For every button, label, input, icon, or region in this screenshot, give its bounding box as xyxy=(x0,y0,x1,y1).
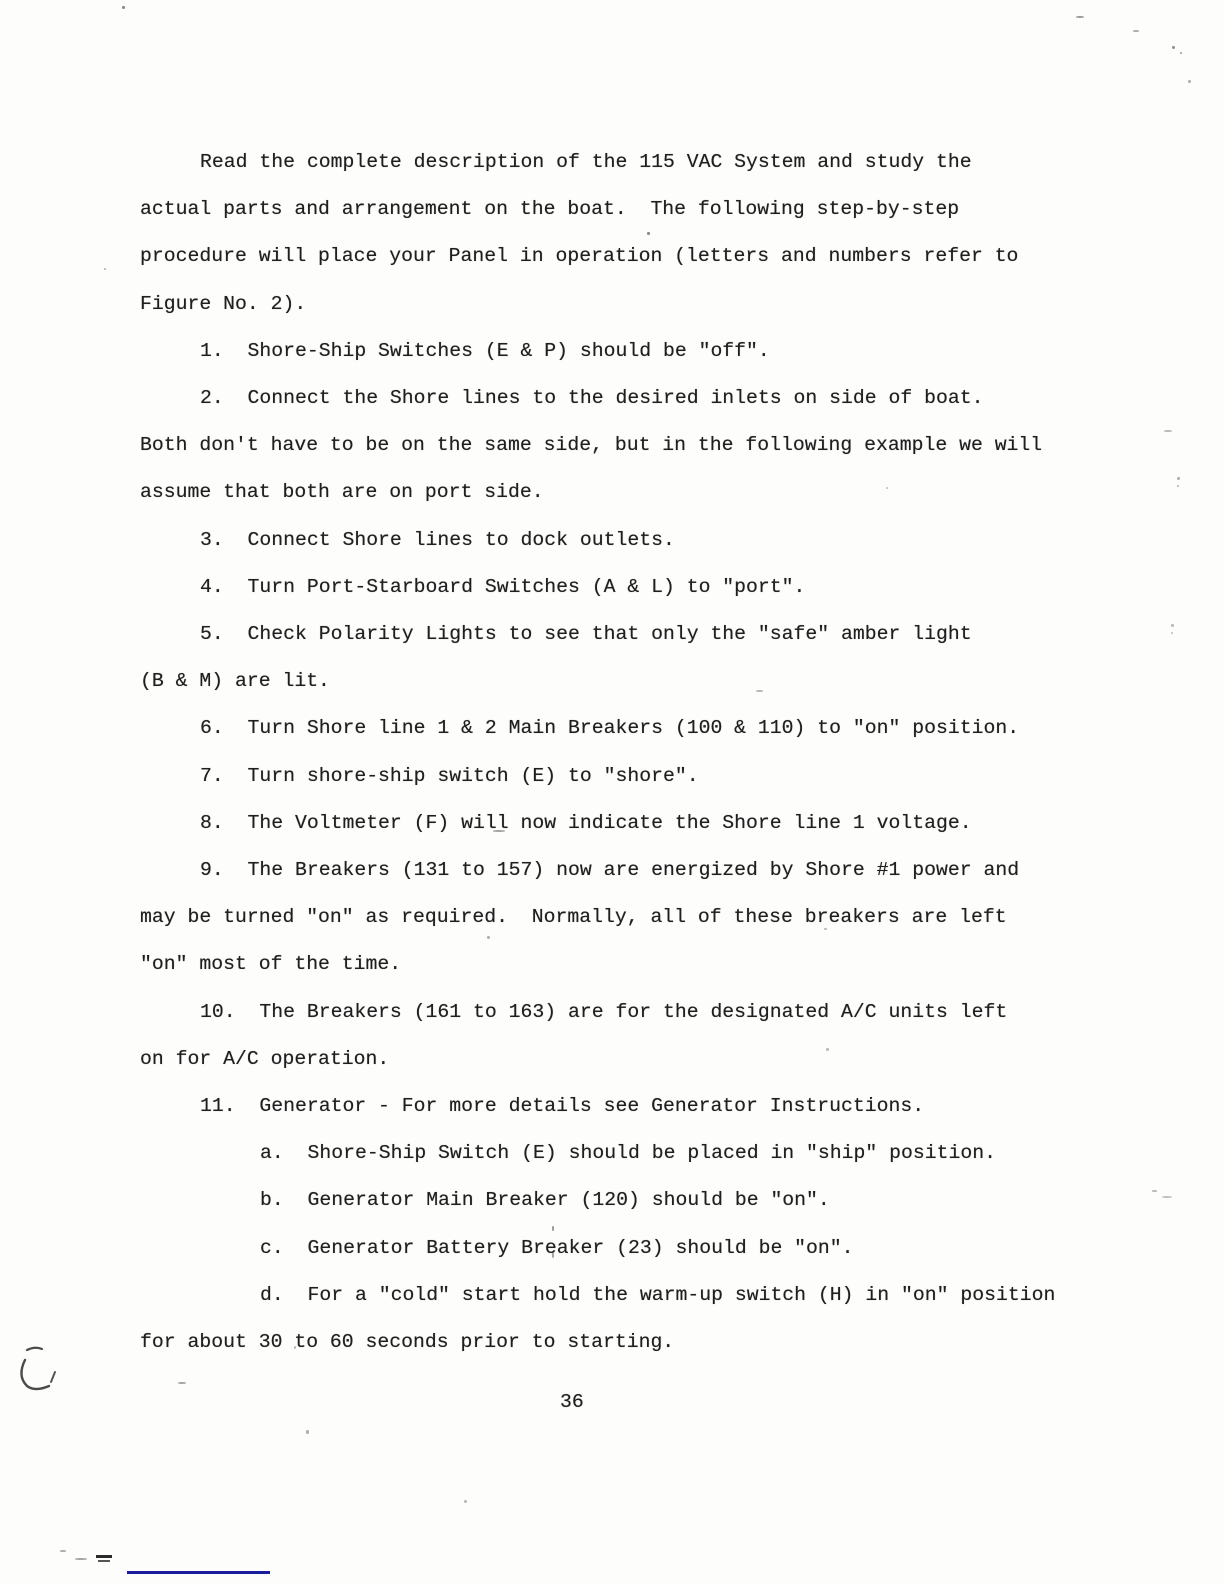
text-line: b. Generator Main Breaker (120) should b… xyxy=(260,1188,830,1212)
page-number: 36 xyxy=(560,1390,584,1414)
blue-pen-line xyxy=(127,1571,270,1574)
text-line: (B & M) are lit. xyxy=(140,669,330,693)
scan-speck xyxy=(306,1430,309,1434)
scan-speck xyxy=(1171,624,1174,627)
scan-speck xyxy=(886,487,888,489)
text-line: 2. Connect the Shore lines to the desire… xyxy=(200,386,983,410)
scan-speck xyxy=(1188,80,1191,83)
text-line: 4. Turn Port-Starboard Switches (A & L) … xyxy=(200,575,805,599)
text-line: 3. Connect Shore lines to dock outlets. xyxy=(200,528,675,552)
text-line: procedure will place your Panel in opera… xyxy=(140,244,1018,268)
scan-speck xyxy=(1180,52,1182,54)
scan-speck xyxy=(464,1500,467,1503)
text-line: 8. The Voltmeter (F) will now indicate t… xyxy=(200,811,972,835)
scan-speck xyxy=(552,1252,554,1258)
scan-speck xyxy=(60,1550,66,1552)
text-line: a. Shore-Ship Switch (E) should be place… xyxy=(260,1141,996,1165)
scan-speck xyxy=(824,928,827,930)
document-page: Read the complete description of the 115… xyxy=(0,0,1224,1584)
text-line: 5. Check Polarity Lights to see that onl… xyxy=(200,622,972,646)
scan-speck xyxy=(1164,430,1172,432)
text-line: Figure No. 2). xyxy=(140,292,306,316)
scan-speck xyxy=(75,1558,87,1560)
scan-speck xyxy=(826,1048,829,1051)
text-line: on for A/C operation. xyxy=(140,1047,389,1071)
scan-speck xyxy=(1177,477,1180,480)
text-line: may be turned "on" as required. Normally… xyxy=(140,905,1007,929)
text-line: actual parts and arrangement on the boat… xyxy=(140,197,959,221)
scan-speck xyxy=(493,830,505,832)
scan-speck xyxy=(552,1226,554,1231)
scan-mark xyxy=(96,1555,112,1558)
scan-speck xyxy=(104,268,106,270)
scan-speck xyxy=(294,1346,296,1349)
scan-speck xyxy=(122,6,125,9)
text-line: 6. Turn Shore line 1 & 2 Main Breakers (… xyxy=(200,716,1019,740)
text-line: 10. The Breakers (161 to 163) are for th… xyxy=(200,1000,1007,1024)
text-line: Read the complete description of the 115… xyxy=(200,150,972,174)
text-line: for about 30 to 60 seconds prior to star… xyxy=(140,1330,674,1354)
text-line: 11. Generator - For more details see Gen… xyxy=(200,1094,924,1118)
text-line: 9. The Breakers (131 to 157) now are ene… xyxy=(200,858,1019,882)
scan-speck xyxy=(487,936,490,939)
text-line: assume that both are on port side. xyxy=(140,480,544,504)
scan-speck xyxy=(1076,16,1084,18)
text-line: 1. Shore-Ship Switches (E & P) should be… xyxy=(200,339,770,363)
scan-speck xyxy=(1177,485,1179,487)
scan-speck xyxy=(178,1382,186,1384)
scan-speck xyxy=(1133,30,1139,32)
scan-speck xyxy=(756,690,763,692)
text-line: 7. Turn shore-ship switch (E) to "shore"… xyxy=(200,764,699,788)
scan-speck xyxy=(1152,1190,1157,1192)
scan-speck xyxy=(1162,1196,1172,1198)
text-line: Both don't have to be on the same side, … xyxy=(140,433,1042,457)
scan-speck xyxy=(1172,46,1175,49)
text-line: c. Generator Battery Breaker (23) should… xyxy=(260,1236,854,1260)
handwritten-mark xyxy=(15,1338,65,1398)
scan-speck xyxy=(647,232,650,235)
text-line: "on" most of the time. xyxy=(140,952,401,976)
scan-speck xyxy=(1171,632,1173,634)
text-line: d. For a "cold" start hold the warm-up s… xyxy=(260,1283,1055,1307)
scan-mark xyxy=(98,1560,110,1562)
